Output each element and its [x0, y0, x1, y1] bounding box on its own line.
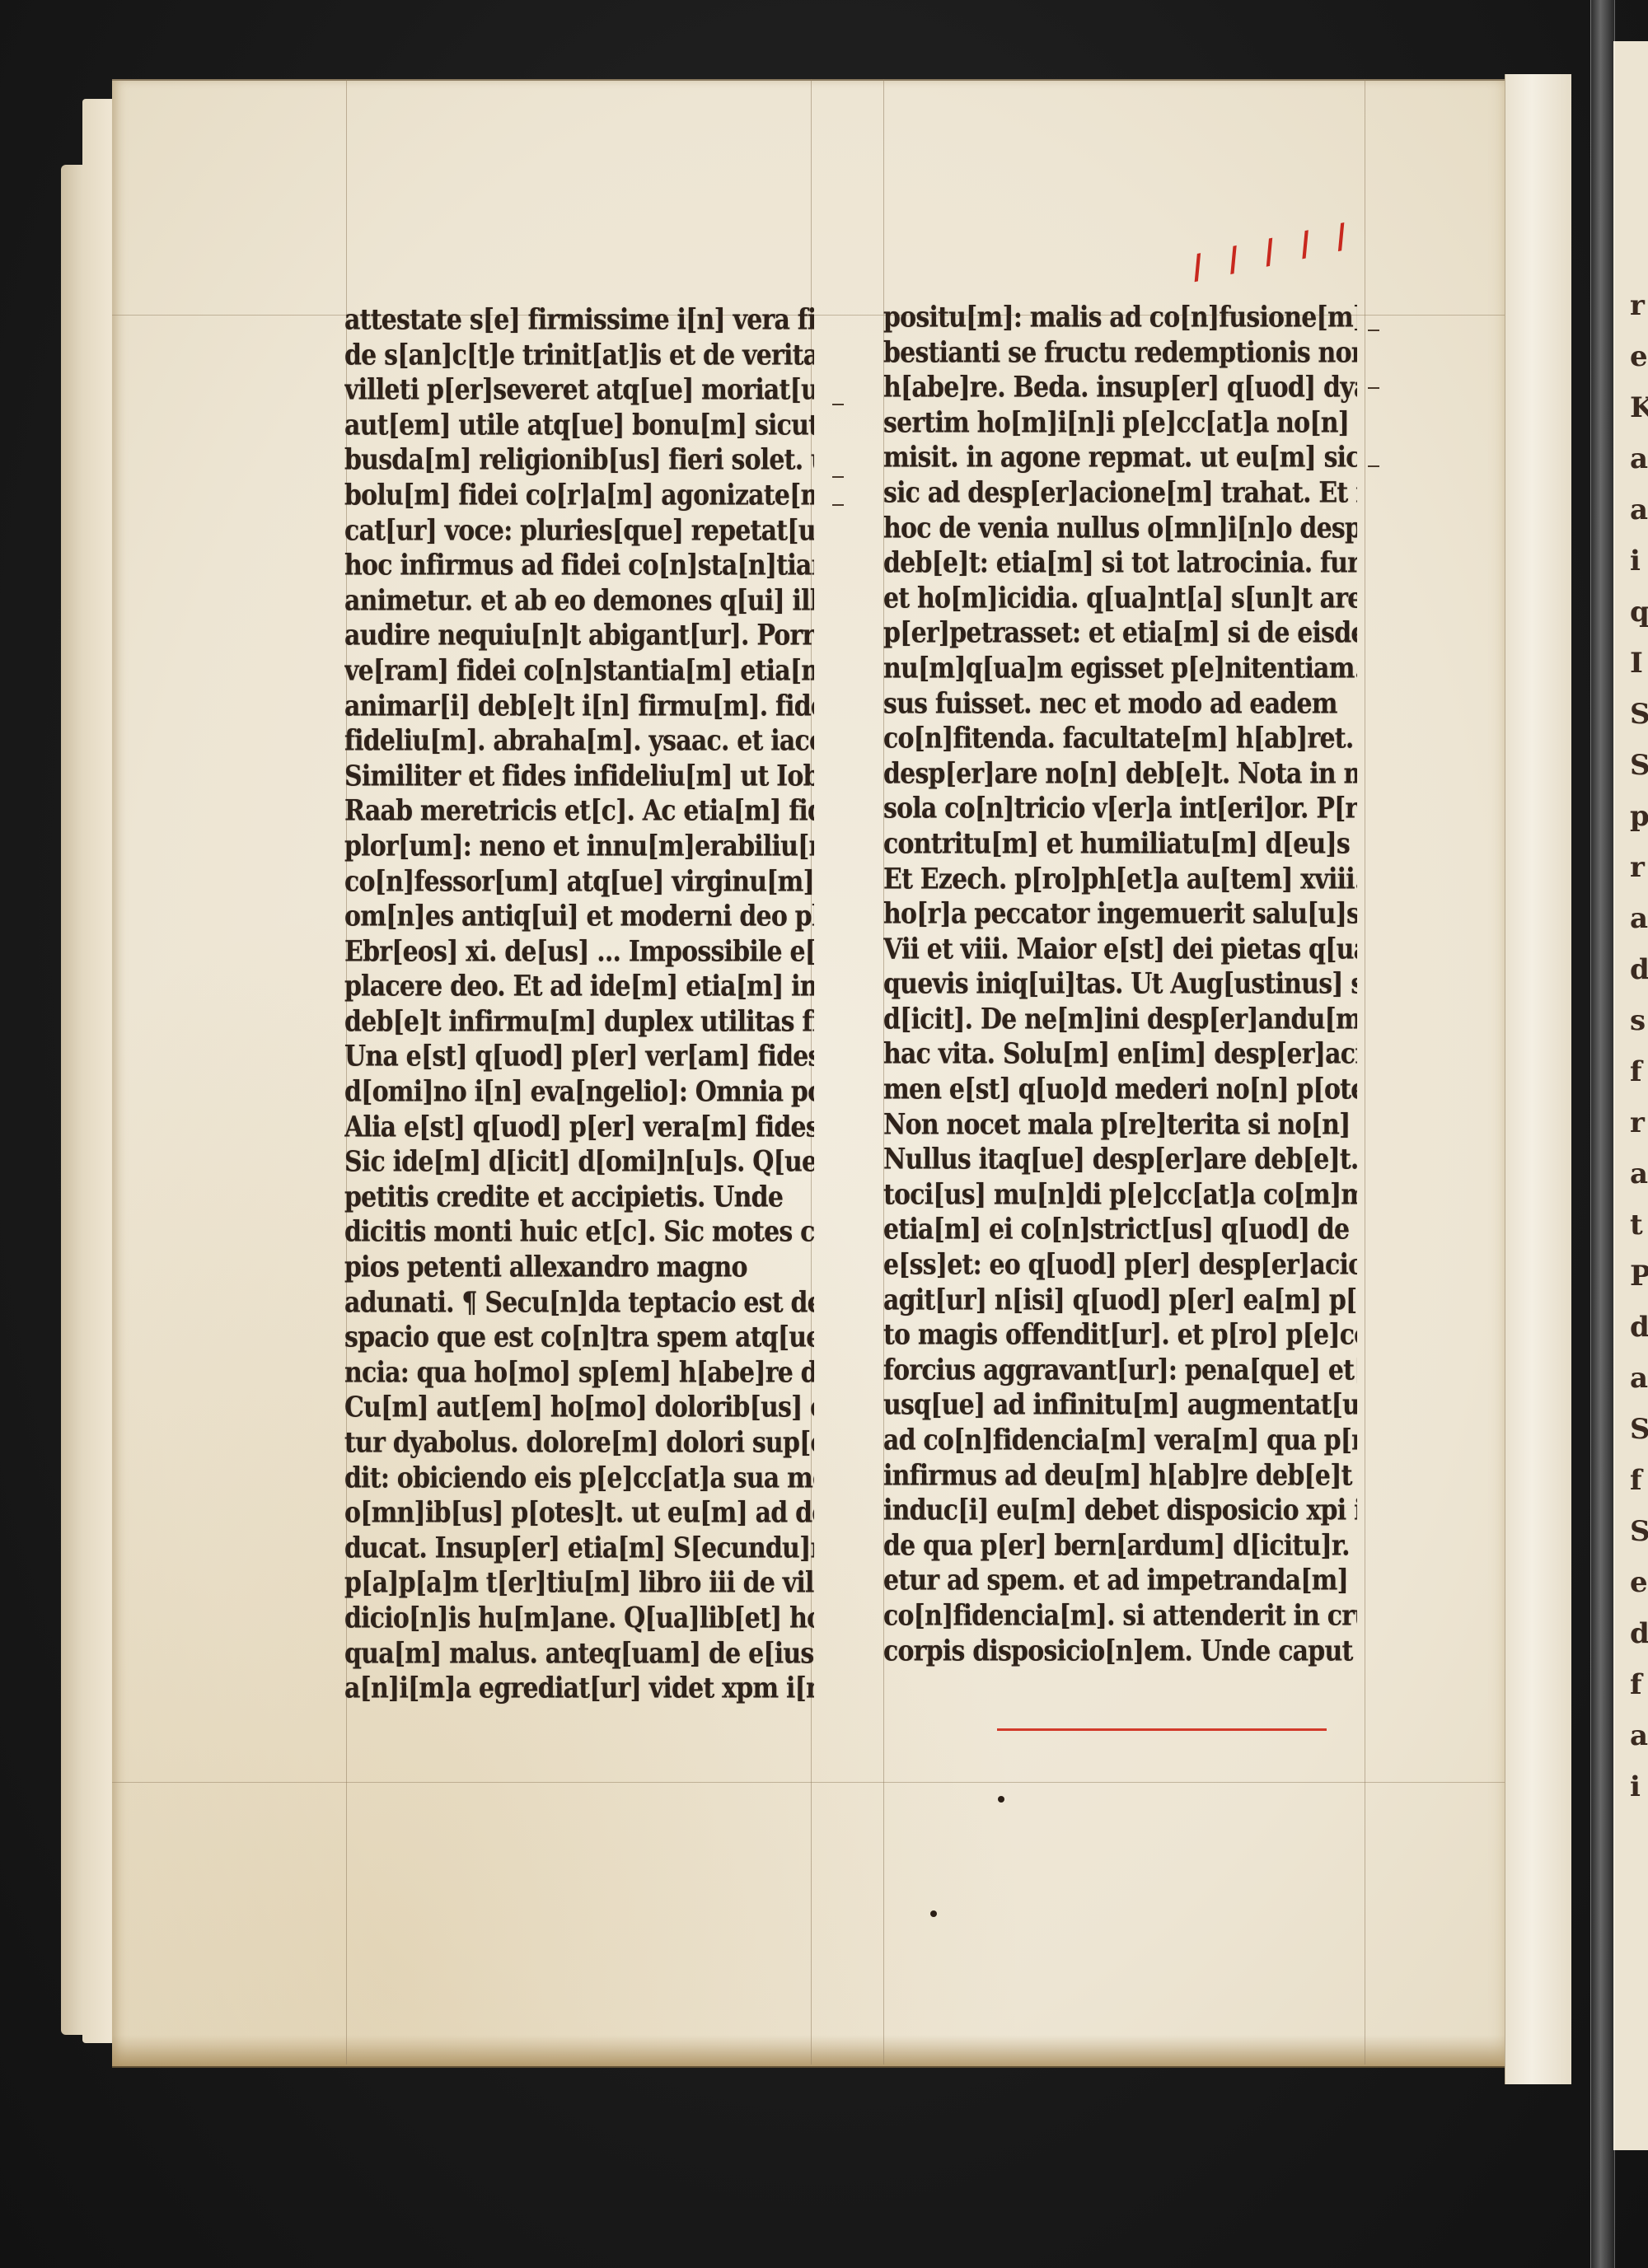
text-line: ve[ram] fidei co[n]stantia[m] etia[m] p[…	[344, 652, 814, 692]
ink-dot	[998, 1796, 1004, 1803]
text-line: o[mn]ib[us] p[otes]t. ut eu[m] ad desper…	[344, 1494, 814, 1534]
margin-mark	[832, 476, 844, 478]
text-line: plor[um]: neno et innu[m]erabiliu[m] mar…	[344, 827, 814, 867]
text-line: om[n]es antiq[ui] et moderni deo placuer…	[344, 897, 814, 938]
text-line: fideliu[m]. abraha[m]. ysaac. et iacob.	[344, 722, 814, 762]
text-line: attestate s[e] firmissime i[n] vera fide…	[344, 301, 814, 341]
text-line: sola co[n]tricio v[er]a int[eri]or. P[ro…	[883, 789, 1357, 830]
text-line: placere deo. Et ad ide[m] etia[m] induce…	[344, 967, 814, 1008]
rubric-strike-line	[997, 1728, 1327, 1731]
text-line: Nullus itaq[ue] desp[er]are deb[e]t. eti…	[883, 1140, 1357, 1181]
text-line: to magis offendit[ur]. et p[ro] p[e]cc[a…	[883, 1316, 1357, 1356]
ink-dot	[930, 1910, 937, 1917]
ruling-line-bottom	[112, 1782, 1505, 1783]
gutter-fold	[1505, 74, 1571, 2084]
text-line: hoc infirmus ad fidei co[n]sta[n]tiam	[344, 546, 814, 587]
text-line: contritu[m] et humiliatu[m] d[eu]s no[n]…	[883, 825, 1357, 865]
text-line: Sic ide[m] d[icit] d[omi]n[u]s. Q[ue]cu[…	[344, 1143, 814, 1183]
text-line: pios petenti allexandro magno	[344, 1248, 814, 1288]
text-column-left: attestate s[e] firmissime i[n] vera fide…	[344, 303, 814, 1707]
text-line: dicio[n]is hu[m]ane. Q[ua]lib[et] ho[mo]…	[344, 1599, 814, 1639]
facing-page-text-fragment: r e K a a i q I S S p r a d s f r a t P …	[1630, 280, 1648, 1812]
text-line: p[er]petrasset: et etia[m] si de eisde[m…	[883, 614, 1357, 654]
text-column-right: positu[m]: malis ad co[n]fusione[m] ut e…	[883, 301, 1357, 1669]
text-line: co[n]fitenda. facultate[m] h[ab]ret. nic…	[883, 719, 1357, 760]
text-line: bolu[m] fidei co[r]a[m] agonizate[m] alt…	[344, 476, 814, 517]
text-line: villeti p[er]severet atq[ue] moriat[ur].…	[344, 371, 814, 411]
leaf-bottom-staining	[112, 2035, 1505, 2068]
text-line: ho[r]a peccator ingemuerit salu[u]s erit…	[883, 895, 1357, 935]
text-line: co[n]fidencia[m]. si attenderit in cruce…	[883, 1597, 1357, 1637]
text-line: h[abe]re. Beda. insup[er] q[uod] dyabolu…	[883, 368, 1357, 409]
ruling-line-right-outer	[1365, 79, 1365, 2065]
text-line: positu[m]: malis ad co[n]fusione[m] ut e…	[883, 298, 1357, 339]
text-line: sic ad desp[er]acione[m] trahat. Et in p…	[883, 474, 1357, 514]
text-line: ad co[n]fidencia[m] vera[m] qua p[ri]nci…	[883, 1421, 1357, 1461]
text-line: spacio que est co[n]tra spem atq[ue] co[…	[344, 1318, 814, 1358]
text-line: Raab meretricis et[c]. Ac etia[m] fides …	[344, 792, 814, 832]
text-line: audire nequiu[n]t abigant[ur]. Porro ad	[344, 616, 814, 657]
text-line: e[ss]et: eo q[uod] p[er] desp[er]acione[…	[883, 1246, 1357, 1286]
margin-mark	[1368, 465, 1379, 467]
text-line: quevis iniq[ui]tas. Ut Aug[ustinus] sup[…	[883, 965, 1357, 1005]
margin-mark	[832, 504, 844, 506]
text-line: tur dyabolus. dolore[m] dolori sup[er] a…	[344, 1424, 814, 1464]
text-line: induc[i] eu[m] debet disposicio xpi i[n]…	[883, 1491, 1357, 1531]
margin-mark	[1368, 330, 1379, 331]
text-line: a[n]i[m]a egrediat[ur] videt xpm i[n] cr…	[344, 1669, 814, 1709]
text-line: corpis disposicio[n]em. Unde caput	[883, 1631, 1357, 1672]
text-line: deb[e]t: etia[m] si tot latrocinia. furt…	[883, 544, 1357, 584]
text-line: nu[m]q[ua]m egisset p[e]nitentiam. nec e…	[883, 649, 1357, 690]
margin-mark	[1368, 387, 1379, 389]
glass-clamp-bar	[1590, 0, 1615, 2268]
margin-mark	[832, 404, 844, 405]
text-line: men e[st] q[uo]d mederi no[n] p[otes]t. …	[883, 1070, 1357, 1111]
